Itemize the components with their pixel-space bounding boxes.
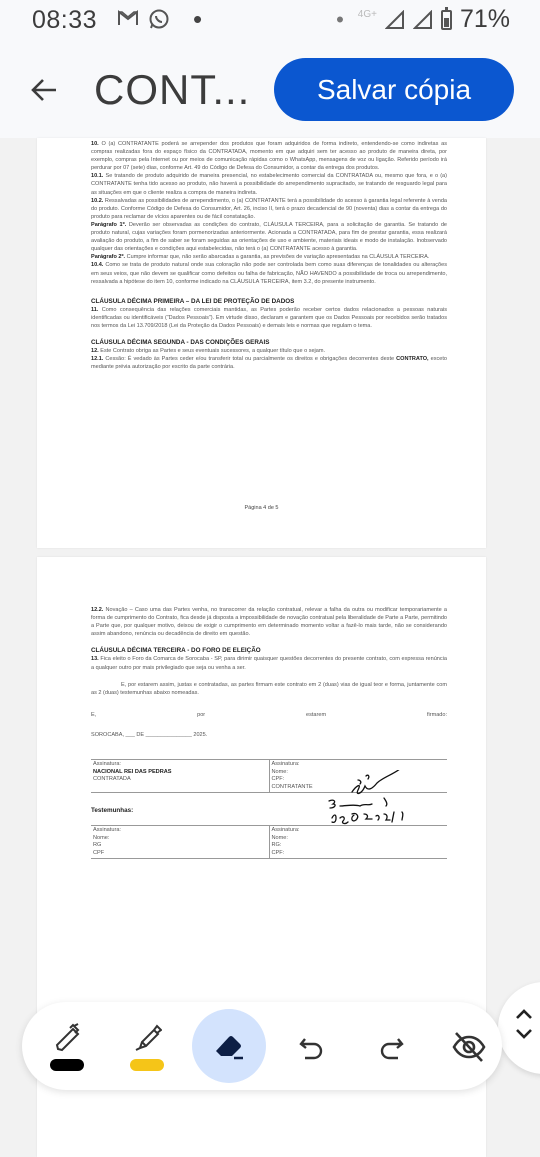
battery-icon (441, 10, 452, 30)
whatsapp-icon (148, 8, 170, 36)
highlighter-color-swatch (130, 1059, 164, 1071)
status-right: • 4G+ 71% (336, 5, 510, 34)
paragraph: 10.1. Se tratando de produto adquirido d… (91, 172, 447, 196)
battery-level: 71% (460, 5, 510, 34)
clause-11-title: CLÁUSULA DÉCIMA PRIMEIRA – DA LEI DE PRO… (91, 298, 447, 306)
annotation-toolbar (22, 1002, 502, 1090)
contratante-signature-cell: Assinatura: Nome: CPF: CONTRATANTE (269, 760, 448, 792)
paragraph: 13. Fica eleito o Foro da Comarca de Sor… (91, 655, 447, 671)
paragraph: Parágrafo 1º. Deverão ser observadas as … (91, 221, 447, 253)
paragraph-list: 10. O (a) CONTRATANTE poderá se arrepend… (91, 140, 447, 286)
arrow-left-icon (28, 74, 60, 106)
redo-button[interactable] (356, 1012, 426, 1082)
witness-cell: Assinatura: Nome: RG: CPF: (269, 826, 448, 858)
paragraph: 12.2. Novação – Caso uma das Partes venh… (91, 606, 447, 638)
eraser-tool-button[interactable] (192, 1009, 266, 1083)
hide-annotations-button[interactable] (434, 1012, 504, 1082)
paragraph: 12.1. Cessão: É vedado às Partes ceder e… (91, 355, 447, 371)
page4-body: 10. O (a) CONTRATANTE poderá se arrepend… (91, 140, 447, 371)
gmail-icon (117, 9, 139, 33)
eraser-icon (212, 1031, 246, 1061)
dot-icon: • (193, 4, 202, 35)
paragraph: 12. Este Contrato obriga as Partes e seu… (91, 347, 447, 355)
undo-icon (298, 1033, 326, 1061)
closing-paragraph: E, por estarem assim, justas e contratad… (91, 681, 447, 697)
app-bar: CONT... Salvar cópia (0, 44, 540, 138)
document-page-4: 10. O (a) CONTRATANTE poderá se arrepend… (37, 138, 486, 548)
highlighter-icon (132, 1023, 162, 1053)
paragraph: 10.4. Como se trata de produto natural o… (91, 261, 447, 285)
paragraph: 10. O (a) CONTRATANTE poderá se arrepend… (91, 140, 447, 172)
contratada-signature-cell: Assinatura: NACIONAL REI DAS PEDRAS CONT… (91, 760, 269, 792)
status-bar: 08:33 • • 4G+ 71% (0, 0, 540, 44)
document-title: CONT... (94, 66, 250, 114)
paragraph: Parágrafo 2º. Cumpre informar que, não s… (91, 253, 447, 261)
signature-table: Assinatura: NACIONAL REI DAS PEDRAS CONT… (91, 759, 447, 793)
page-number: Página 4 de 5 (37, 505, 486, 511)
undo-button[interactable] (277, 1012, 347, 1082)
clause-13-title: CLÁUSULA DÉCIMA TERCEIRA - DO FORO DE EL… (91, 647, 447, 655)
pen-tool-button[interactable] (32, 1012, 102, 1082)
clause-12-title: CLÁUSULA DÉCIMA SEGUNDA - DAS CONDIÇÕES … (91, 339, 447, 347)
paragraph: 10.2. Ressalvadas as possibilidades de a… (91, 197, 447, 221)
redo-icon (377, 1033, 405, 1061)
page-scroll-handle[interactable] (498, 982, 540, 1074)
pen-color-swatch (50, 1059, 84, 1071)
paragraph: 11. Como consequência das relações comer… (91, 306, 447, 330)
back-button[interactable] (28, 74, 60, 106)
closing-words: E, por estarem firmado: (91, 711, 447, 719)
eye-off-icon (451, 1031, 487, 1063)
status-time: 08:33 (32, 6, 97, 35)
page5-body: 12.2. Novação – Caso uma das Partes venh… (91, 606, 447, 859)
signal-icon (385, 10, 405, 30)
witnesses-title: Testemunhas: (91, 807, 447, 815)
highlighter-tool-button[interactable] (112, 1012, 182, 1082)
chevron-up-down-icon (514, 1006, 534, 1042)
witness-cell: Assinatura: Nome: RG CPF (91, 826, 269, 858)
signal-icon (413, 10, 433, 30)
save-copy-button[interactable]: Salvar cópia (274, 58, 514, 121)
witnesses-table: Assinatura: Nome: RG CPF Assinatura: Nom… (91, 825, 447, 859)
network-type: 4G+ (358, 9, 377, 20)
pen-icon (52, 1023, 82, 1053)
place-date: SOROCABA, ___ DE _______________ 2025. (91, 731, 447, 739)
dot-icon: • (336, 7, 344, 33)
